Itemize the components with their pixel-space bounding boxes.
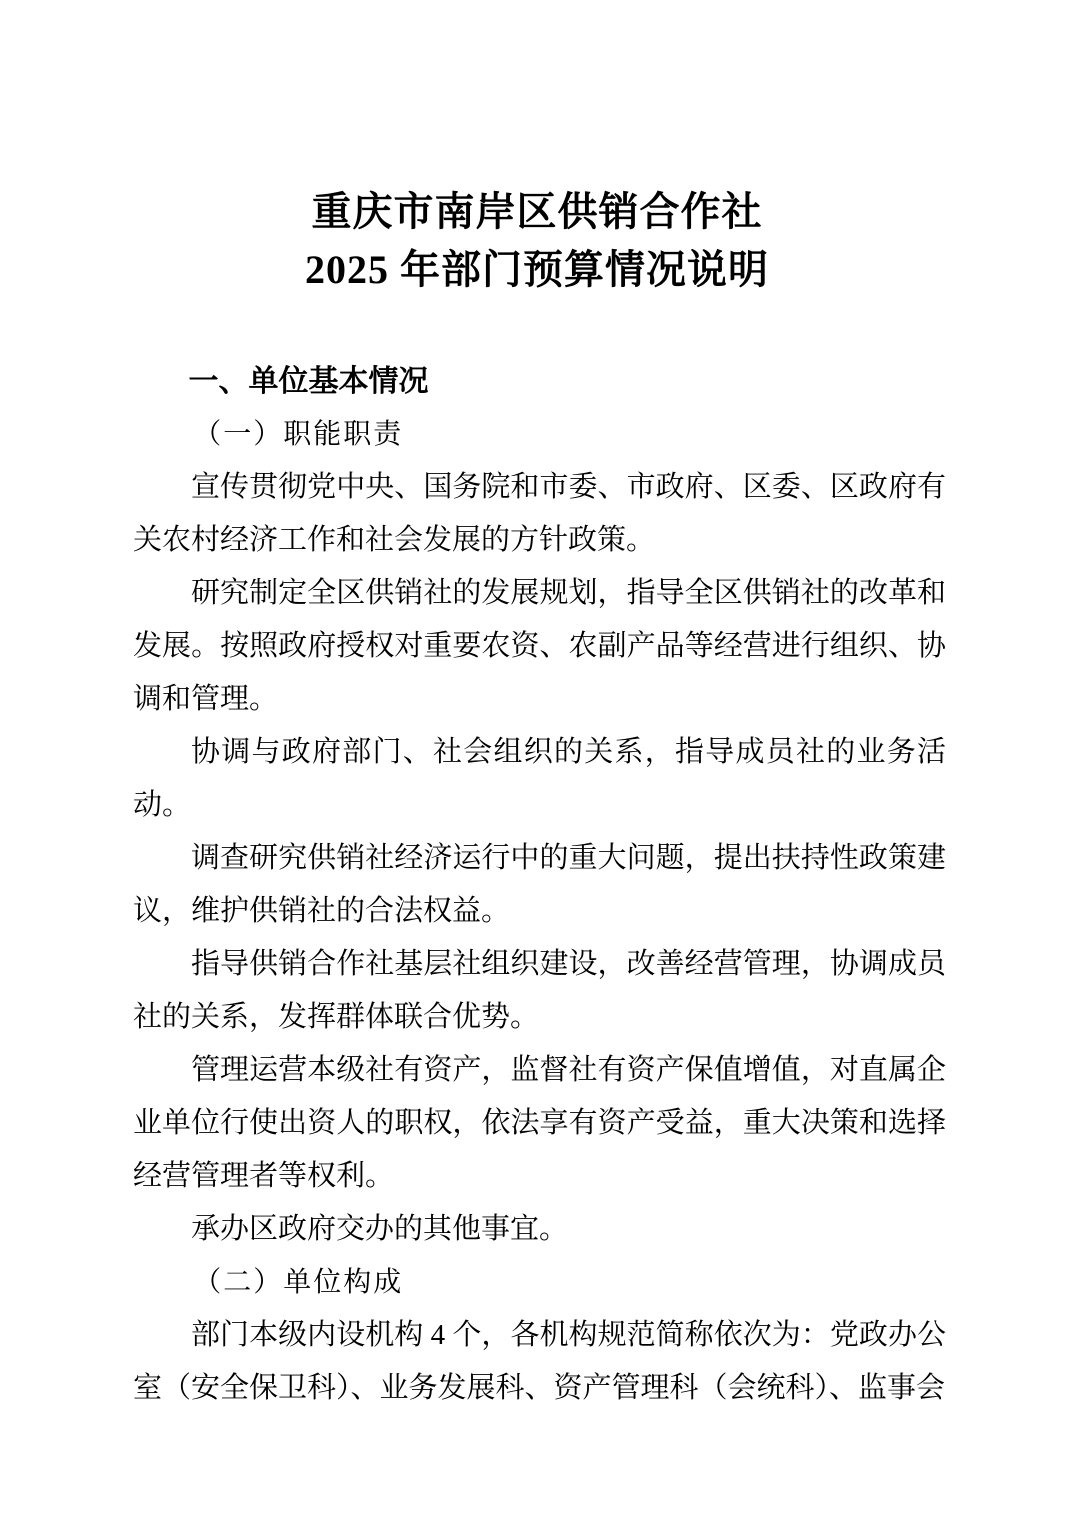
section-heading-basic-info: 一、单位基本情况 xyxy=(133,355,946,408)
subsection-heading-unit-composition: （二）单位构成 xyxy=(133,1256,946,1309)
document-title: 重庆市南岸区供销合作社 2025 年部门预算情况说明 xyxy=(0,183,1074,299)
paragraph-internal-organs: 部门本级内设机构 4 个，各机构规范简称依次为：党政办公室（安全保卫科）、业务发… xyxy=(133,1309,946,1415)
subsection-heading-duties: （一）职能职责 xyxy=(133,408,946,461)
paragraph-coordination: 协调与政府部门、社会组织的关系，指导成员社的业务活动。 xyxy=(133,726,946,832)
paragraph-research-issues: 调查研究供销社经济运行中的重大问题，提出扶持性政策建议，维护供销社的合法权益。 xyxy=(133,832,946,938)
paragraph-asset-management: 管理运营本级社有资产，监督社有资产保值增值，对直属企业单位行使出资人的职权，依法… xyxy=(133,1044,946,1203)
document-body: 一、单位基本情况 （一）职能职责 宣传贯彻党中央、国务院和市委、市政府、区委、区… xyxy=(133,355,946,1415)
document-title-line-1: 重庆市南岸区供销合作社 xyxy=(0,183,1074,241)
paragraph-development-planning: 研究制定全区供销社的发展规划，指导全区供销社的改革和发展。按照政府授权对重要农资… xyxy=(133,567,946,726)
paragraph-policy-propaganda: 宣传贯彻党中央、国务院和市委、市政府、区委、区政府有关农村经济工作和社会发展的方… xyxy=(133,461,946,567)
document-page: 重庆市南岸区供销合作社 2025 年部门预算情况说明 一、单位基本情况 （一）职… xyxy=(0,0,1074,1520)
paragraph-grassroots-guidance: 指导供销合作社基层社组织建设，改善经营管理，协调成员社的关系，发挥群体联合优势。 xyxy=(133,938,946,1044)
paragraph-other-matters: 承办区政府交办的其他事宜。 xyxy=(133,1203,946,1256)
document-title-line-2: 2025 年部门预算情况说明 xyxy=(0,241,1074,299)
